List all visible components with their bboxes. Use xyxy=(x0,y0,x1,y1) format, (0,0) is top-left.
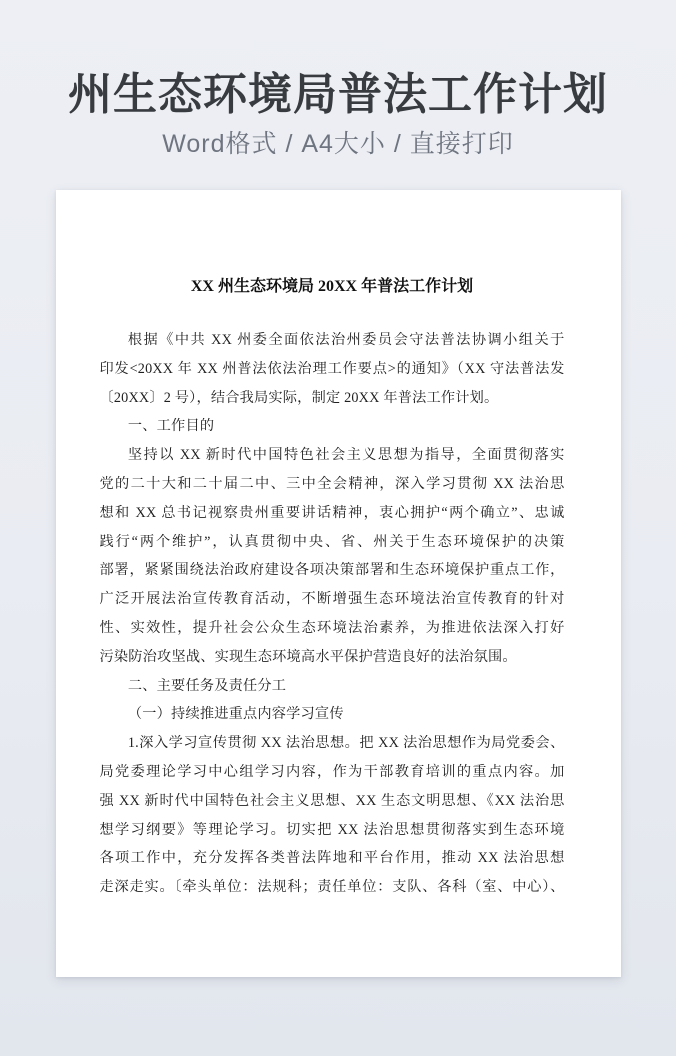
doc-line: 印发<20XX 年 XX 州普法依法治理工作要点>的通知》（XX 守法普法发 xyxy=(100,355,565,384)
hero-title: 州生态环境局普法工作计划 xyxy=(0,73,676,117)
doc-line: 一、工作目的 xyxy=(100,412,565,441)
doc-line: 二、主要任务及责任分工 xyxy=(100,672,565,701)
doc-line: 1.深入学习宣传贯彻 XX 法治思想。把 XX 法治思想作为局党委会、 xyxy=(100,729,565,758)
doc-line: 坚持以 XX 新时代中国特色社会主义思想为指导，全面贯彻落实 xyxy=(100,441,565,470)
doc-line: 想和 XX 总书记视察贵州重要讲话精神，衷心拥护“两个确立”、忠诚 xyxy=(100,499,565,528)
hero-subtitle: Word格式 / A4大小 / 直接打印 xyxy=(0,130,676,159)
doc-line: 部署，紧紧围绕法治政府建设各项决策部署和生态环境保护重点工作， xyxy=(100,556,565,585)
document-page: XX 州生态环境局 20XX 年普法工作计划 根据《中共 XX 州委全面依法治州… xyxy=(56,190,621,977)
doc-line: （一）持续推进重点内容学习宣传 xyxy=(100,700,565,729)
doc-line: 〔20XX〕2 号），结合我局实际，制定 20XX 年普法工作计划。 xyxy=(100,384,565,413)
hero-section: 州生态环境局普法工作计划 Word格式 / A4大小 / 直接打印 xyxy=(0,73,676,159)
doc-line: 强 XX 新时代中国特色社会主义思想、XX 生态文明思想、《XX 法治思 xyxy=(100,787,565,816)
doc-line: 局党委理论学习中心组学习内容，作为干部教育培训的重点内容。加 xyxy=(100,758,565,787)
doc-line: 各项工作中，充分发挥各类普法阵地和平台作用，推动 XX 法治思想 xyxy=(100,844,565,873)
doc-line: 党的二十大和二十届二中、三中全会精神，深入学习贯彻 XX 法治思 xyxy=(100,470,565,499)
doc-line: 根据《中共 XX 州委全面依法治州委员会守法普法协调小组关于 xyxy=(100,326,565,355)
document-body: 根据《中共 XX 州委全面依法治州委员会守法普法协调小组关于印发<20XX 年 … xyxy=(100,326,565,902)
doc-line: 污染防治攻坚战、实现生态环境高水平保护营造良好的法治氛围。 xyxy=(100,643,565,672)
doc-line: 践行“两个维护”，认真贯彻中央、省、州关于生态环境保护的决策 xyxy=(100,528,565,557)
doc-line: 性、实效性，提升社会公众生态环境法治素养，为推进依法深入打好 xyxy=(100,614,565,643)
document-title: XX 州生态环境局 20XX 年普法工作计划 xyxy=(100,272,565,302)
doc-line: 广泛开展法治宣传教育活动，不断增强生态环境法治宣传教育的针对 xyxy=(100,585,565,614)
doc-line: 想学习纲要》等理论学习。切实把 XX 法治思想贯彻落实到生态环境 xyxy=(100,816,565,845)
doc-line: 走深走实。〔牵头单位：法规科；责任单位：支队、各科（室、中心）、 xyxy=(100,873,565,902)
